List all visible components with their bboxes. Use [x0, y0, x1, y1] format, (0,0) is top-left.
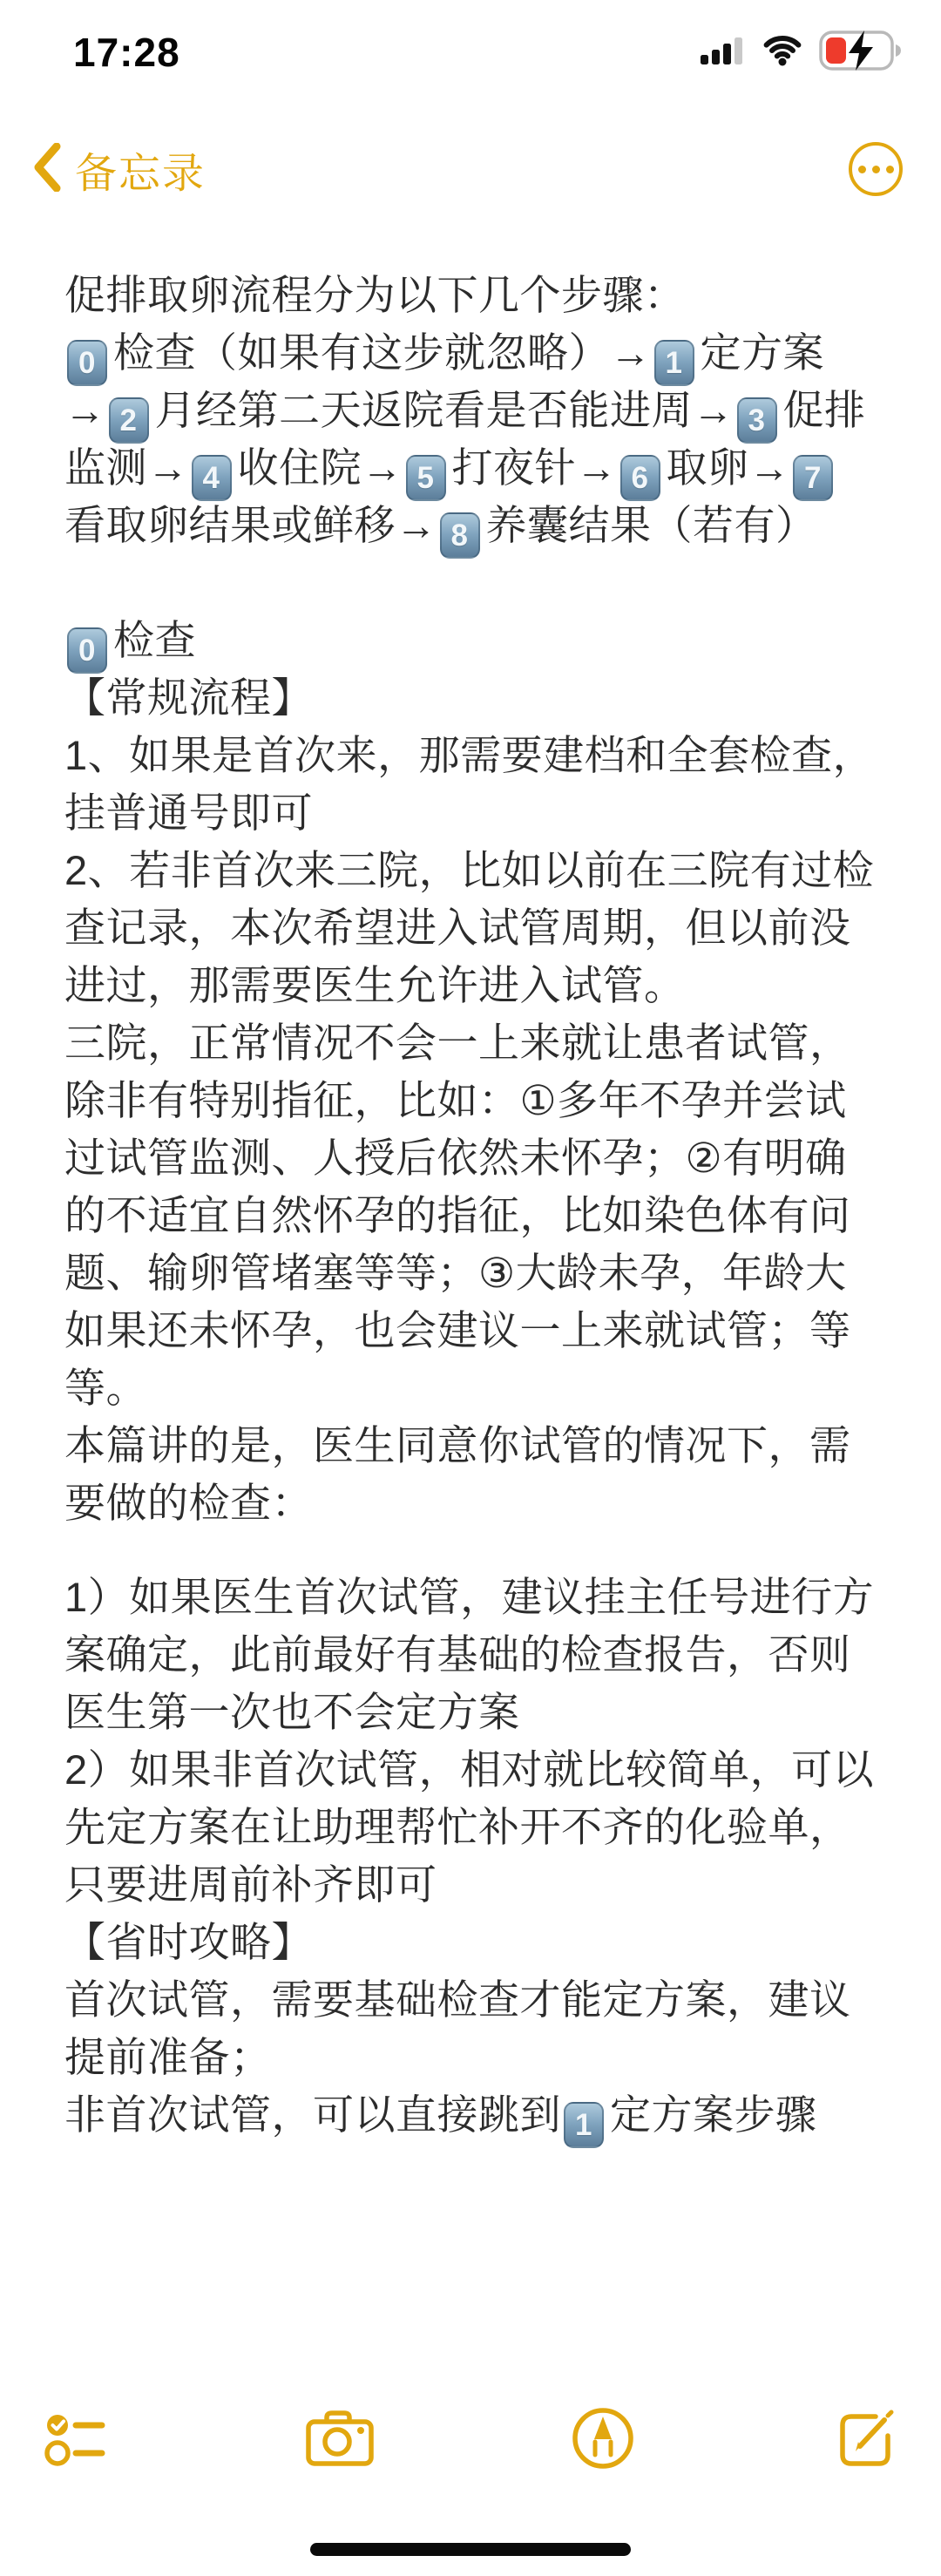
note-line: 【常规流程】	[64, 669, 889, 727]
status-bar: 17:28	[0, 23, 941, 82]
note-line: 【省时攻略】	[64, 1914, 889, 1971]
compose-button[interactable]	[833, 2407, 899, 2473]
note-line: 进过，那需要医生允许进入试管。	[64, 957, 889, 1014]
keycap-badge-6: 6	[620, 455, 660, 501]
note-line: 监测→4收住院→5打夜针→6取卵→7	[64, 439, 889, 497]
note-line: 查记录，本次希望进入试管周期，但以前没	[64, 899, 889, 957]
keycap-badge-4: 4	[192, 455, 232, 501]
notes-app-screen: 17:28	[0, 0, 941, 2576]
cellular-signal-icon	[701, 36, 746, 70]
back-label: 备忘录	[75, 139, 206, 200]
note-line: →2月经第二天返院看是否能进周→3促排	[64, 382, 889, 439]
home-indicator[interactable]	[310, 2543, 631, 2556]
note-line: 促排取卵流程分为以下几个步骤：	[64, 267, 889, 324]
nav-bar: 备忘录	[0, 127, 941, 211]
note-line: 除非有特别指征，比如：①多年不孕并尝试	[64, 1072, 889, 1129]
note-line: 看取卵结果或鲜移→8养囊结果（若有）	[64, 497, 889, 554]
back-button[interactable]: 备忘录	[33, 139, 206, 200]
note-line: 等。	[64, 1359, 889, 1417]
keycap-badge-0: 0	[67, 340, 107, 386]
note-line: 如果还未怀孕，也会建议一上来就试管；等	[64, 1302, 889, 1359]
bottom-toolbar	[0, 2398, 941, 2482]
checklist-button[interactable]	[44, 2407, 110, 2473]
keycap-badge-7: 7	[793, 455, 833, 501]
note-line: 过试管监测、人授后依然未怀孕；②有明确	[64, 1129, 889, 1187]
keycap-badge-1: 1	[564, 2102, 604, 2148]
note-line: 提前准备；	[64, 2029, 889, 2086]
keycap-badge-0: 0	[67, 627, 107, 674]
wifi-icon	[762, 35, 803, 71]
keycap-badge-8: 8	[440, 512, 480, 559]
ellipsis-icon	[858, 166, 866, 173]
note-line: 1）如果医生首次试管，建议挂主任号进行方	[64, 1569, 889, 1626]
note-line: 挂普通号即可	[64, 784, 889, 842]
markup-button[interactable]	[570, 2407, 636, 2473]
clock-time: 17:28	[73, 29, 180, 76]
status-icons	[701, 31, 903, 75]
small-gap	[64, 1532, 889, 1569]
battery-charging-icon	[819, 31, 903, 75]
note-line: 0检查（如果有这步就忽略）→1定方案	[64, 324, 889, 382]
note-line: 1、如果是首次来，那需要建档和全套检查，	[64, 727, 889, 784]
note-line: 非首次试管，可以直接跳到1定方案步骤	[64, 2086, 889, 2144]
note-line: 2）如果非首次试管，相对就比较简单，可以	[64, 1741, 889, 1799]
note-line: 首次试管，需要基础检查才能定方案，建议	[64, 1971, 889, 2029]
more-button[interactable]	[849, 142, 903, 196]
note-line: 本篇讲的是，医生同意你试管的情况下，需	[64, 1417, 889, 1474]
blank-line	[64, 554, 889, 612]
chevron-left-icon	[33, 143, 61, 196]
camera-button[interactable]	[307, 2407, 373, 2473]
note-line: 先定方案在让助理帮忙补开不齐的化验单，	[64, 1799, 889, 1856]
note-line: 三院，正常情况不会一上来就让患者试管，	[64, 1014, 889, 1072]
note-line: 要做的检查：	[64, 1474, 889, 1532]
note-line: 题、输卵管堵塞等等；③大龄未孕，年龄大	[64, 1244, 889, 1302]
compose-icon	[834, 2406, 898, 2475]
note-line: 只要进周前补齐即可	[64, 1856, 889, 1914]
keycap-badge-5: 5	[406, 455, 446, 501]
note-line: 的不适宜自然怀孕的指征，比如染色体有问	[64, 1187, 889, 1244]
keycap-badge-2: 2	[109, 397, 149, 444]
keycap-badge-1: 1	[654, 340, 694, 386]
note-line: 医生第一次也不会定方案	[64, 1684, 889, 1741]
camera-icon	[306, 2410, 374, 2471]
note-body[interactable]: 促排取卵流程分为以下几个步骤：0检查（如果有这步就忽略）→1定方案→2月经第二天…	[64, 267, 889, 2144]
note-line: 2、若非首次来三院，比如以前在三院有过检	[64, 842, 889, 899]
note-line: 0检查	[64, 612, 889, 669]
checklist-icon	[44, 2406, 109, 2475]
note-line: 案确定，此前最好有基础的检查报告，否则	[64, 1626, 889, 1684]
markup-pen-icon	[571, 2406, 635, 2475]
keycap-badge-3: 3	[737, 397, 777, 444]
